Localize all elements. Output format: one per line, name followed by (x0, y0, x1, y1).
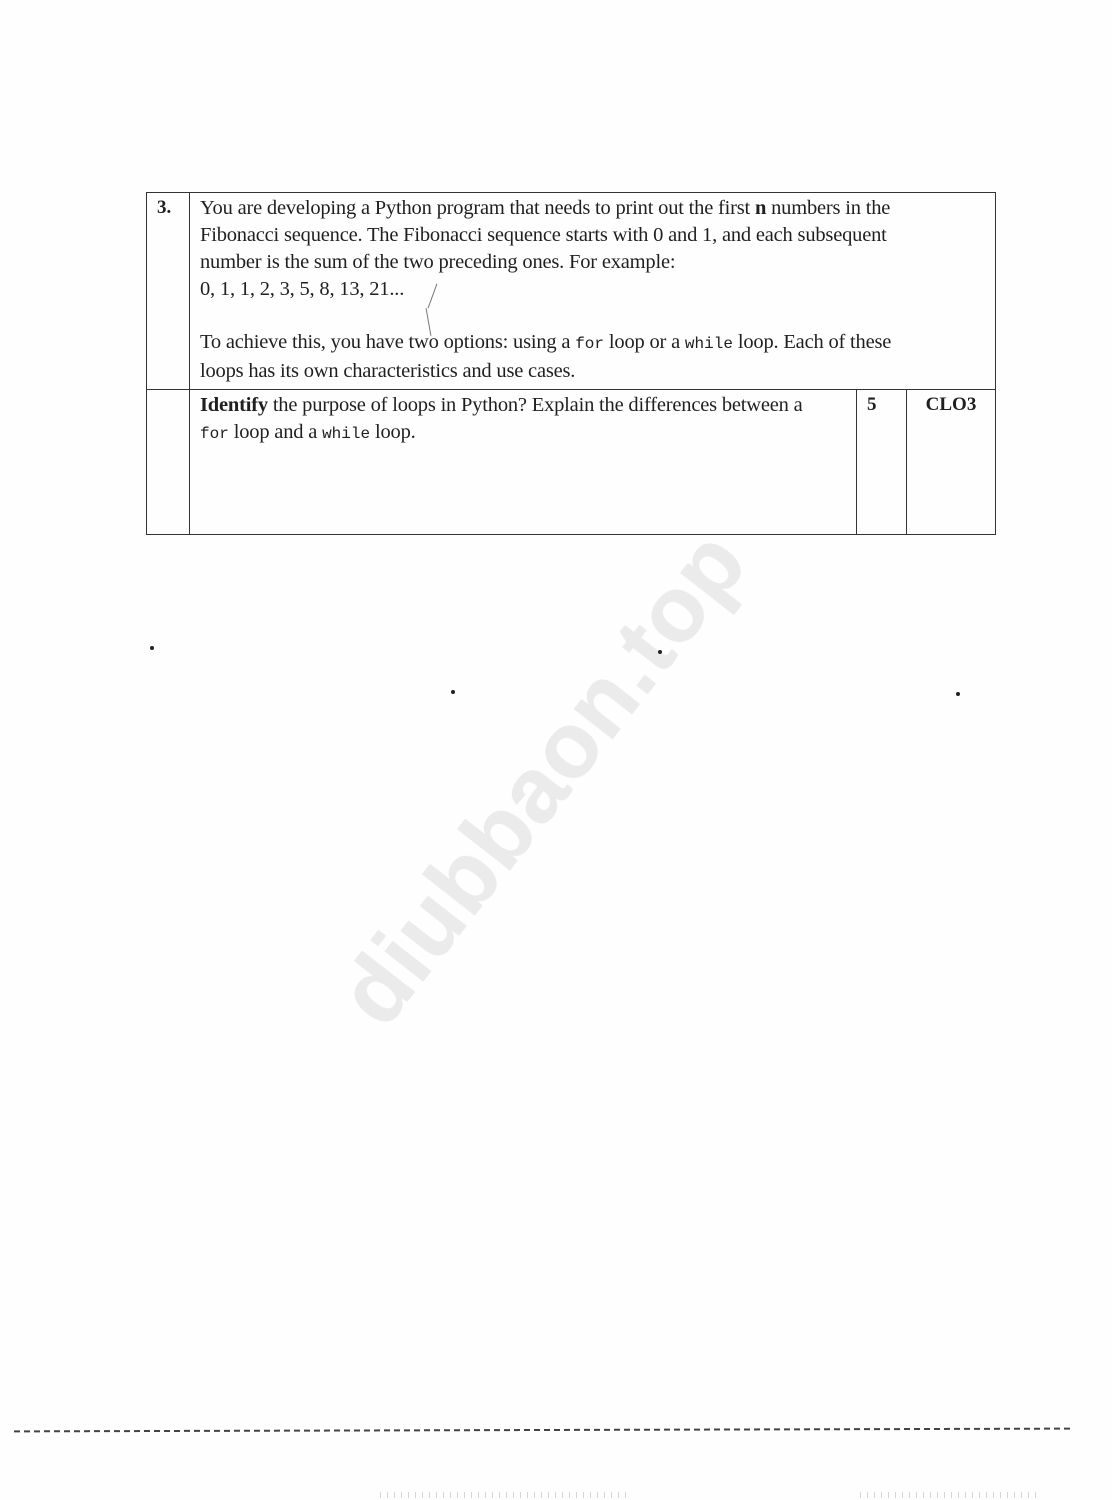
clo-value: CLO3 (907, 390, 995, 416)
fibonacci-example: 0, 1, 1, 2, 3, 5, 8, 13, 21... (200, 276, 985, 303)
code-while: while (322, 425, 370, 443)
stem-text: numbers in the (766, 197, 890, 219)
stem-text: You are developing a Python program that… (200, 197, 755, 219)
stem-variable-n: n (755, 197, 766, 219)
scan-footer-noise (380, 1492, 630, 1498)
question-number: 3. (147, 193, 189, 219)
task-text-part: loop and a (229, 421, 322, 443)
code-while: while (685, 335, 733, 353)
scan-speck (956, 692, 960, 696)
code-for: for (575, 335, 604, 353)
stem-paragraph-2-line-1: To achieve this, you have two options: u… (200, 329, 985, 358)
question-number-cell: 3. (147, 193, 190, 390)
task-text-part: the purpose of loops in Python? Explain … (268, 394, 803, 416)
marks-value: 5 (857, 390, 906, 416)
question-stem-row: 3. You are developing a Python program t… (147, 193, 996, 390)
scan-speck (658, 650, 662, 654)
stem-line-2: Fibonacci sequence. The Fibonacci sequen… (200, 222, 985, 249)
code-for: for (200, 425, 229, 443)
paragraph-gap (200, 303, 985, 329)
stem-line-1: You are developing a Python program that… (200, 195, 985, 222)
question-stem: You are developing a Python program that… (190, 193, 995, 389)
marks-cell: 5 (856, 390, 906, 535)
scan-speck (451, 690, 455, 694)
question-stem-cell: You are developing a Python program that… (190, 193, 996, 390)
stem-text: To achieve this, you have two options: u… (200, 331, 575, 353)
scan-speck (150, 646, 154, 650)
clo-cell: CLO3 (906, 390, 995, 535)
task-keyword: Identify (200, 394, 268, 416)
task-cell: Identify the purpose of loops in Python?… (190, 390, 857, 535)
question-task-row: Identify the purpose of loops in Python?… (147, 390, 996, 535)
task-text-part: loop. (370, 421, 416, 443)
stem-text: loop. Each of these (733, 331, 891, 353)
question-table: 3. You are developing a Python program t… (146, 192, 996, 535)
scan-footer-noise (860, 1492, 1040, 1498)
stem-line-3: number is the sum of the two preceding o… (200, 249, 985, 276)
stem-text: loop or a (604, 331, 685, 353)
task-text: Identify the purpose of loops in Python?… (190, 390, 856, 450)
stem-paragraph-2-line-2: loops has its own characteristics and us… (200, 358, 985, 385)
empty-number-cell (147, 390, 190, 535)
